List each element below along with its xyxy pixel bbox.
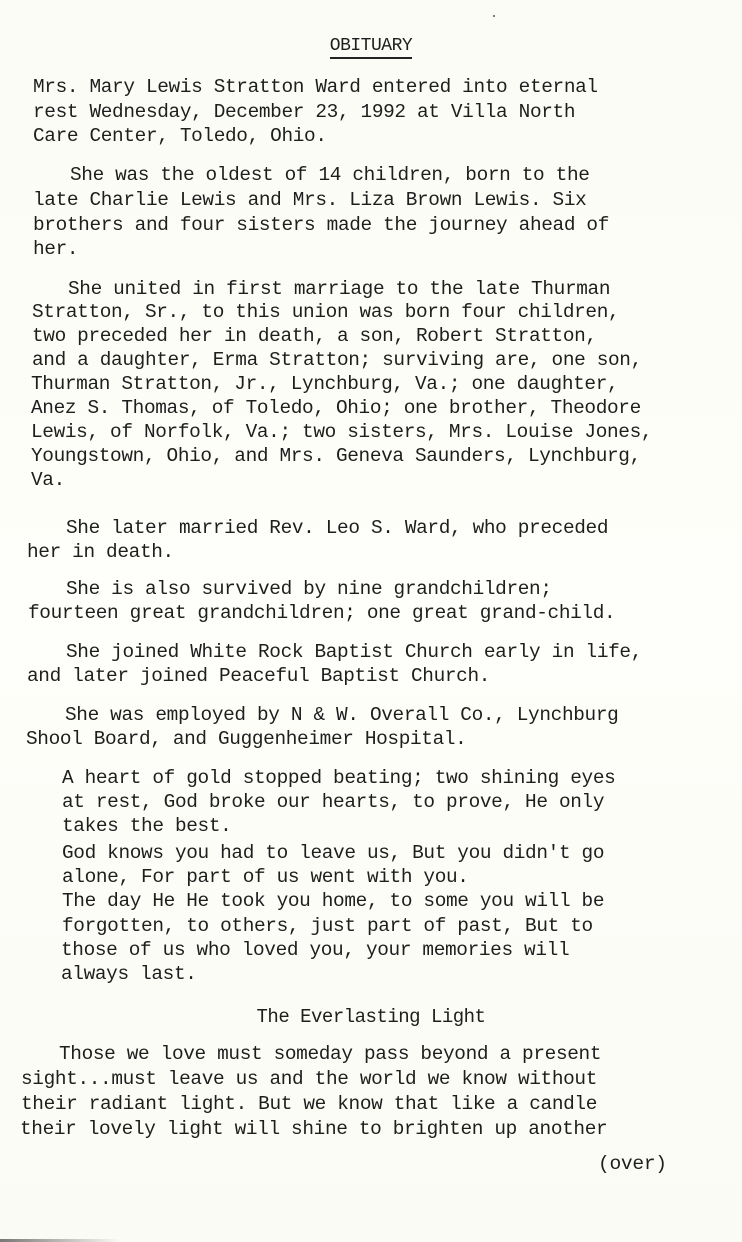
poem-line: forgotten, to others, just part of past,…: [62, 914, 593, 938]
text-line: She is also survived by nine grandchildr…: [66, 577, 552, 601]
text-line: She later married Rev. Leo S. Ward, who …: [66, 516, 608, 540]
text-line: two preceded her in death, a son, Robert…: [32, 324, 597, 348]
poem-line: always last.: [61, 962, 197, 986]
text-line: She united in first marriage to the late…: [68, 277, 610, 301]
text-line: She was the oldest of 14 children, born …: [70, 163, 590, 187]
text-line: Those we love must someday pass beyond a…: [59, 1042, 601, 1066]
text-line: her.: [33, 237, 78, 261]
text-line: Stratton, Sr., to this union was born fo…: [32, 300, 619, 324]
poem-line: those of us who loved you, your memories…: [61, 938, 569, 962]
text-line: Lewis, of Norfolk, Va.; two sisters, Mrs…: [31, 420, 652, 444]
text-line: Care Center, Toledo, Ohio.: [33, 124, 327, 148]
page-title: OBITUARY: [0, 35, 742, 57]
text-line: her in death.: [27, 540, 174, 564]
poem-line: takes the best.: [62, 814, 231, 838]
text-line: Shool Board, and Guggenheimer Hospital.: [26, 727, 466, 751]
text-line: She was employed by N & W. Overall Co., …: [65, 703, 618, 727]
text-line: late Charlie Lewis and Mrs. Liza Brown L…: [33, 188, 586, 212]
poem-line: alone, For part of us went with you.: [62, 865, 469, 889]
text-line: sight...must leave us and the world we k…: [21, 1067, 597, 1091]
text-line: She joined White Rock Baptist Church ear…: [66, 640, 642, 664]
text-line: fourteen great grandchildren; one great …: [28, 601, 615, 625]
text-line: their lovely light will shine to brighte…: [20, 1117, 607, 1141]
poem-line: The day He He took you home, to some you…: [62, 889, 604, 913]
text-line: Anez S. Thomas, of Toledo, Ohio; one bro…: [31, 396, 641, 420]
continued-over-note: (over): [598, 1152, 667, 1176]
text-line: rest Wednesday, December 23, 1992 at Vil…: [33, 100, 575, 124]
text-line: and later joined Peaceful Baptist Church…: [27, 664, 490, 688]
obituary-page: OBITUARY Mrs. Mary Lewis Stratton Ward e…: [0, 0, 742, 1242]
text-line: and a daughter, Erma Stratton; surviving…: [32, 348, 642, 372]
poem-line: God knows you had to leave us, But you d…: [62, 841, 604, 865]
paper-speck: [493, 15, 495, 17]
text-line: Mrs. Mary Lewis Stratton Ward entered in…: [33, 75, 598, 99]
text-line: their radiant light. But we know that li…: [21, 1092, 597, 1116]
text-line: Va.: [31, 468, 65, 492]
text-line: brothers and four sisters made the journ…: [33, 213, 609, 237]
poem-line: A heart of gold stopped beating; two shi…: [62, 766, 615, 790]
text-line: Youngstown, Ohio, and Mrs. Geneva Saunde…: [31, 444, 641, 468]
poem-line: at rest, God broke our hearts, to prove,…: [62, 790, 604, 814]
everlasting-light-heading: The Everlasting Light: [0, 1005, 742, 1029]
obituary-heading: OBITUARY: [330, 36, 412, 59]
text-line: Thurman Stratton, Jr., Lynchburg, Va.; o…: [31, 372, 618, 396]
